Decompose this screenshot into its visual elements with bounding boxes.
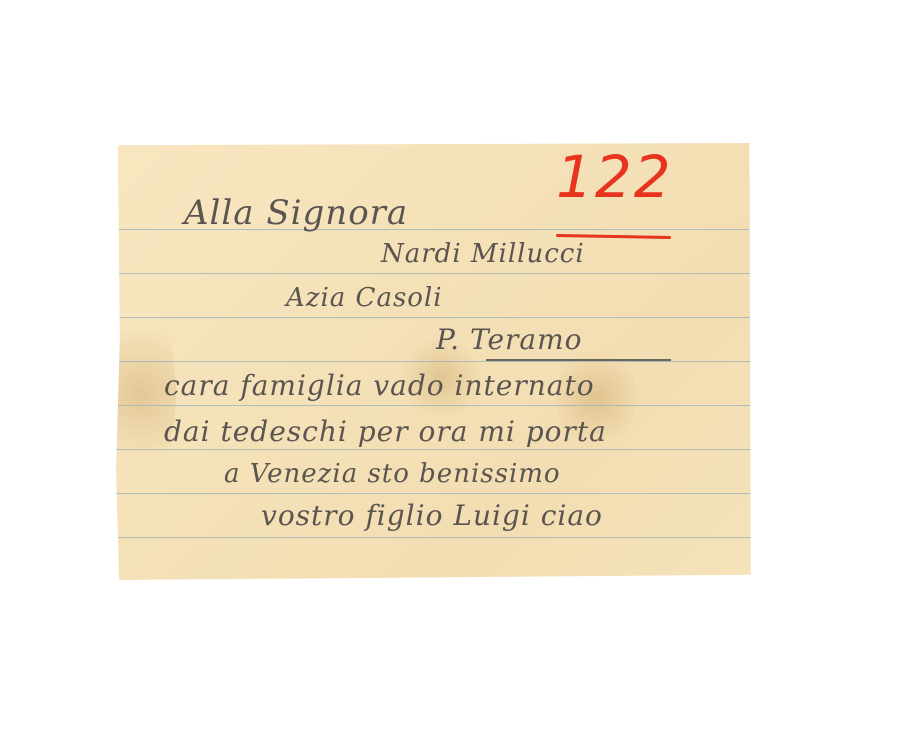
- message-line-3: a Venezia sto benissimo: [224, 459, 561, 489]
- paper-rule: [116, 317, 752, 318]
- lined-paper-note: 122 Alla Signora Nardi Millucci Azia Cas…: [116, 143, 752, 580]
- address-underline: [486, 359, 671, 361]
- archive-number: 122: [556, 143, 673, 211]
- address-line-4: P. Teramo: [436, 323, 583, 356]
- address-line-1: Alla Signora: [184, 193, 408, 233]
- address-line-2: Nardi Millucci: [381, 239, 585, 269]
- paper-rule: [116, 405, 752, 406]
- paper-rule: [116, 449, 752, 450]
- paper-rule: [116, 361, 752, 362]
- message-line-2: dai tedeschi per ora mi porta: [164, 415, 607, 448]
- paper-rule: [116, 273, 752, 274]
- paper-rule: [116, 493, 752, 494]
- address-line-3: Azia Casoli: [286, 283, 443, 313]
- message-line-4: vostro figlio Luigi ciao: [261, 499, 603, 532]
- message-line-1: cara famiglia vado internato: [164, 369, 595, 402]
- paper-rule: [116, 537, 752, 538]
